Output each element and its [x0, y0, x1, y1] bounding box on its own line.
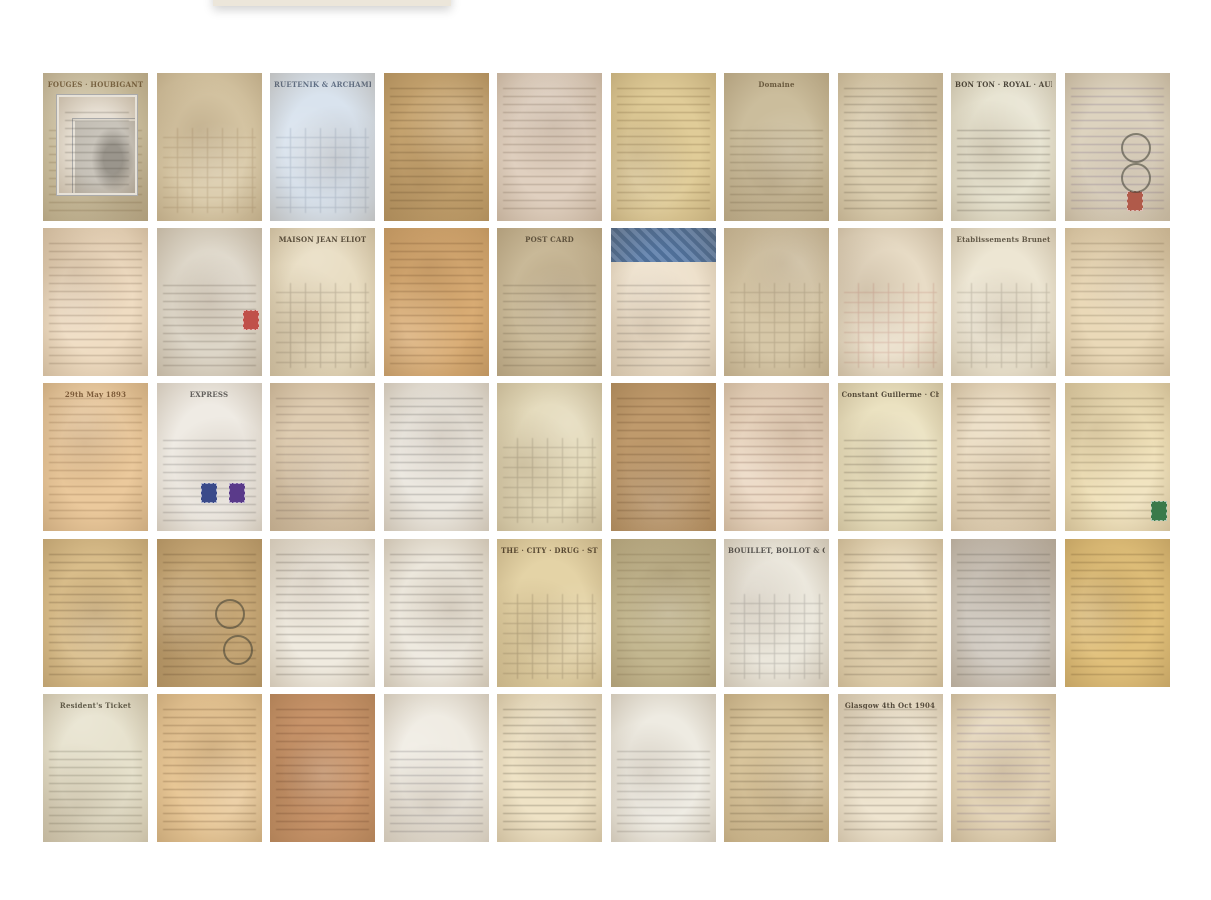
- ephemera-tile[interactable]: [43, 539, 148, 687]
- vignette: [157, 694, 262, 842]
- vignette: [611, 694, 716, 842]
- vignette: [951, 383, 1056, 531]
- vignette: [951, 73, 1056, 221]
- vignette: [951, 228, 1056, 376]
- vignette: [384, 539, 489, 687]
- ephemera-tile[interactable]: [724, 383, 829, 531]
- ephemera-tile[interactable]: Glasgow 4th Oct 1904: [838, 694, 943, 842]
- ephemera-tile[interactable]: [838, 228, 943, 376]
- ephemera-tile[interactable]: Constant Guillerme · Champagne: [838, 383, 943, 531]
- ephemera-tile[interactable]: [611, 539, 716, 687]
- ephemera-tile[interactable]: [724, 228, 829, 376]
- ephemera-tile[interactable]: EXPRESS: [157, 383, 262, 531]
- vignette: [838, 539, 943, 687]
- vignette: [497, 694, 602, 842]
- ephemera-tile[interactable]: [951, 383, 1056, 531]
- ephemera-tile[interactable]: [270, 383, 375, 531]
- postage-stamp-icon: [1127, 191, 1143, 211]
- vignette: [611, 539, 716, 687]
- vignette: [611, 73, 716, 221]
- vignette: [157, 539, 262, 687]
- postmark-icon: [215, 599, 245, 629]
- vignette: [724, 228, 829, 376]
- ephemera-tile[interactable]: 29th May 1893: [43, 383, 148, 531]
- ephemera-tile[interactable]: [384, 383, 489, 531]
- vignette: [270, 539, 375, 687]
- vignette: [43, 694, 148, 842]
- ephemera-tile[interactable]: [270, 694, 375, 842]
- vignette: [43, 383, 148, 531]
- ephemera-tile[interactable]: POST CARD: [497, 228, 602, 376]
- ephemera-tile[interactable]: [384, 73, 489, 221]
- ephemera-tile[interactable]: [57, 95, 137, 195]
- vignette: [838, 228, 943, 376]
- vignette: [1065, 73, 1170, 221]
- ephemera-tile[interactable]: [157, 694, 262, 842]
- vignette: [384, 383, 489, 531]
- ephemera-tile[interactable]: BOUILLET, BOLLOT & CIE: [724, 539, 829, 687]
- ephemera-grid: FOUGES · HOUBIGANTRUETENIK & ARCHAMBAULT…: [43, 73, 1167, 842]
- vignette: [724, 539, 829, 687]
- vignette: [270, 228, 375, 376]
- ephemera-tile[interactable]: [157, 539, 262, 687]
- ephemera-tile[interactable]: BON TON · ROYAL · AUDITS: [951, 73, 1056, 221]
- vignette: [384, 73, 489, 221]
- vignette: [724, 383, 829, 531]
- vignette: [43, 539, 148, 687]
- vignette: [724, 73, 829, 221]
- vignette: [724, 694, 829, 842]
- vignette: [838, 383, 943, 531]
- vignette: [384, 694, 489, 842]
- ephemera-tile[interactable]: [611, 694, 716, 842]
- vignette: [838, 694, 943, 842]
- vignette: [157, 383, 262, 531]
- ephemera-tile[interactable]: Établissements Brunet: [951, 228, 1056, 376]
- vignette: [497, 228, 602, 376]
- ephemera-tile[interactable]: [1065, 383, 1170, 531]
- ephemera-tile[interactable]: Resident's Ticket: [43, 694, 148, 842]
- ephemera-tile[interactable]: THE · CITY · DRUG · STORE: [497, 539, 602, 687]
- postage-stamp-icon: [1151, 501, 1167, 521]
- postage-stamp-icon: [229, 483, 245, 503]
- postage-stamp-icon: [243, 310, 259, 330]
- ephemera-tile[interactable]: [838, 539, 943, 687]
- cropped-top-card: [213, 0, 451, 6]
- ephemera-tile[interactable]: [838, 73, 943, 221]
- ephemera-tile[interactable]: [497, 694, 602, 842]
- vignette: [270, 73, 375, 221]
- vignette: [611, 383, 716, 531]
- ephemera-tile[interactable]: [384, 539, 489, 687]
- vignette: [157, 228, 262, 376]
- vignette: [497, 539, 602, 687]
- vignette: [838, 73, 943, 221]
- vignette: [270, 383, 375, 531]
- ephemera-tile[interactable]: [157, 228, 262, 376]
- vignette: [59, 97, 135, 193]
- postmark-icon: [223, 635, 253, 665]
- ephemera-tile[interactable]: [611, 73, 716, 221]
- postmark-icon: [1121, 163, 1151, 193]
- ephemera-tile[interactable]: [497, 383, 602, 531]
- vignette: [951, 694, 1056, 842]
- vignette: [1065, 539, 1170, 687]
- postmark-icon: [1121, 133, 1151, 163]
- vignette: [611, 228, 716, 376]
- ephemera-tile[interactable]: Domaine: [724, 73, 829, 221]
- vignette: [270, 694, 375, 842]
- ephemera-tile[interactable]: MAISON JEAN ÉLIOT: [270, 228, 375, 376]
- vignette: [43, 228, 148, 376]
- vignette: [497, 73, 602, 221]
- ephemera-tile[interactable]: [611, 383, 716, 531]
- ephemera-tile[interactable]: [1065, 228, 1170, 376]
- vignette: [1065, 228, 1170, 376]
- vignette: [497, 383, 602, 531]
- ephemera-tile[interactable]: [384, 228, 489, 376]
- vignette: [157, 73, 262, 221]
- ephemera-tile[interactable]: [1065, 73, 1170, 221]
- ephemera-tile[interactable]: [43, 228, 148, 376]
- ephemera-tile[interactable]: [384, 694, 489, 842]
- vignette: [384, 228, 489, 376]
- ephemera-tile[interactable]: [270, 539, 375, 687]
- ephemera-tile[interactable]: [157, 73, 262, 221]
- ephemera-tile[interactable]: [497, 73, 602, 221]
- ephemera-tile[interactable]: RUETENIK & ARCHAMBAULT: [270, 73, 375, 221]
- postage-stamp-icon: [201, 483, 217, 503]
- ephemera-tile[interactable]: [951, 694, 1056, 842]
- vignette: [951, 539, 1056, 687]
- ephemera-tile[interactable]: [1065, 539, 1170, 687]
- ephemera-tile[interactable]: [724, 694, 829, 842]
- ephemera-tile[interactable]: [611, 228, 716, 376]
- ephemera-tile[interactable]: [951, 539, 1056, 687]
